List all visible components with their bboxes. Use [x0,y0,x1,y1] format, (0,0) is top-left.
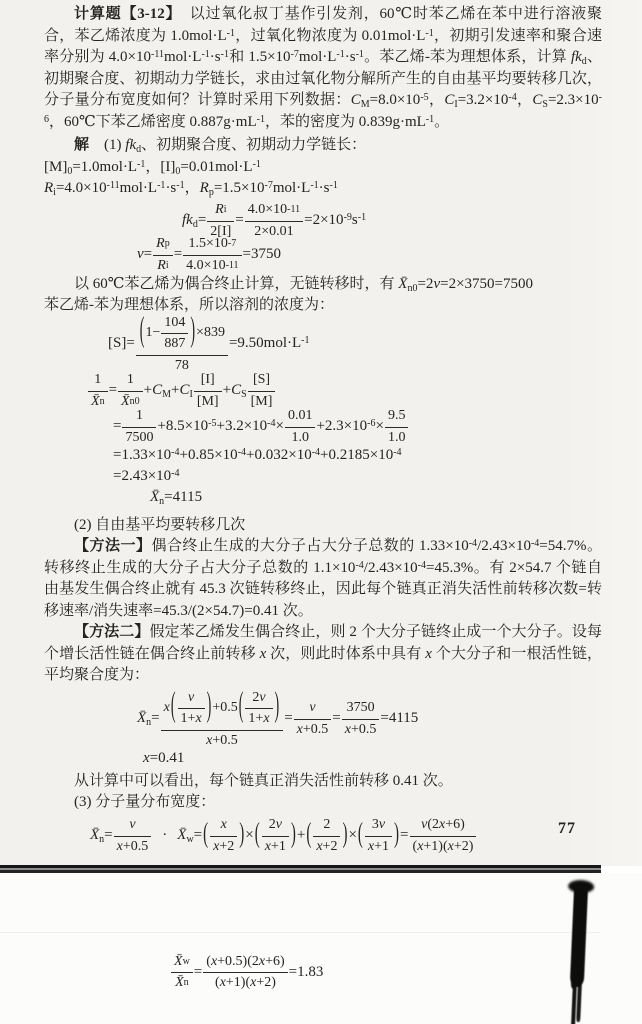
numerator: ν [294,699,332,719]
x-value: x=0.41 [143,751,184,766]
terms: =2.43×10-4 [113,469,180,484]
denominator: x+0.5 [342,720,380,738]
denominator: 2×0.01 [245,222,303,240]
left-paren: ( [357,821,364,850]
denominator: (x+1)(x+2) [203,973,287,991]
denominator: x+2 [313,837,340,855]
solvent-para: 苯乙烯-苯为理想体系，所以溶剂的浓度为： [44,295,602,317]
formula-method2: X̄n= x ( ν1+x ) +0.5 ( 2ν1+x ) x+0.5 = ν… [137,693,602,745]
coupling-para: 以 60℃苯乙烯为偶合终止计算，无链转移时，有 X̄n0=2ν=2×3750=7… [44,274,602,296]
numerator: X̄w [171,953,193,973]
fraction: νx+0.5 [114,816,152,854]
fraction: [S][M] [248,371,276,409]
fraction: 1X̄n [88,371,108,409]
terms: =1.33×10-4+0.85×10-4+0.032×10-4+0.2185×1… [113,448,402,463]
fraction: 9.51.0 [385,407,409,445]
numerator: Ri [207,201,234,221]
equals-sign: = [113,419,121,434]
denominator: 1.0 [385,428,409,446]
page-number: 77 [558,820,576,838]
denominator: x+2 [210,837,237,855]
denominator: x+1 [365,837,392,855]
right-paren: ) [290,821,297,850]
times-sign: × [348,828,356,843]
numerator: 3ν [365,816,392,836]
ratio-result: =1.83 [289,965,324,980]
fraction: 2x+2 [313,816,340,854]
right-paren: ) [206,688,213,728]
scanned-textbook-page: 计算题【3-12】 以过氧化叔丁基作引发剂，60℃时苯乙烯在苯中进行溶液聚合，苯… [0,0,642,866]
method2-paragraph: 【方法二】假定苯乙烯发生偶合终止，则 2 个大分子链终止成一个大分子。设每个增长… [44,622,602,687]
s-result: =9.50mol·L-1 [229,336,310,351]
method1-label: 【方法一】 [74,538,151,554]
x-value-line: x=0.41 [143,749,602,769]
fraction: 104887 [161,314,188,352]
equals-sign: = [174,247,182,262]
part1-title: (1) fkd、初期聚合度、初期动力学链长： [104,137,366,153]
denominator: 1.0 [285,428,316,446]
xn-lhs: X̄n= [90,828,113,843]
formula-xn-row1: 1X̄n = 1X̄n0 +CM+CI [I][M] +CS [S][M] [87,373,602,409]
left-paren: ( [139,313,146,353]
equals-sign: = [332,711,340,726]
page-content: 计算题【3-12】 以过氧化叔丁基作引发剂，60℃时苯乙烯在苯中进行溶液聚合，苯… [44,4,602,856]
fraction: x ( ν1+x ) +0.5 ( 2ν1+x ) x+0.5 [161,688,284,748]
fraction: νx+0.5 [294,699,332,737]
problem-text: 以过氧化叔丁基作引发剂，60℃时苯乙烯在苯中进行溶液聚合，苯乙烯浓度为 1.0m… [44,6,602,130]
denominator: 887 [161,334,188,352]
times-sign: × [245,828,253,843]
formula-polydispersity: X̄wX̄n = (x+0.5)(2x+6)(x+1)(x+2) =1.83 [170,953,323,991]
formula-nu: ν= RpRi = 1.5×10-74.0×10-11 =3750 [137,238,602,272]
numerator: 2ν [262,816,289,836]
numerator: 1.5×10-7 [183,235,241,255]
denominator: X̄n [171,973,193,991]
fraction: ν(2x+6)(x+1)(x+2) [410,816,477,854]
given-rates-line: Ri=4.0×10-11mol·L-1·s-1，Rp=1.5×10-7mol·L… [44,178,602,200]
right-paren: ) [238,821,245,850]
right-paren: ) [341,821,348,850]
fraction: X̄wX̄n [171,953,193,991]
fraction: 1.5×10-74.0×10-11 [183,235,241,273]
denominator: 1+x [178,709,205,727]
numerator: 1 [118,371,143,391]
fraction: 3750x+0.5 [342,699,380,737]
given-m0-line: [M]0=1.0mol·L-1，[I]0=0.01mol·L-1 [44,157,602,179]
numerator: x ( ν1+x ) +0.5 ( 2ν1+x ) [161,688,284,730]
fkd-lhs: fkd= [182,213,206,228]
formula-xn-row3: =1.33×10-4+0.85×10-4+0.032×10-4+0.2185×1… [113,445,602,466]
left-paren: ( [238,688,245,728]
part2-title: (2) 自由基平均要转移几次 [44,515,602,537]
fraction: ( 1− 104887 ) ×839 78 [136,313,228,373]
denominator: [M] [194,392,222,410]
right-paren: ) [189,313,196,353]
formula-xn-row2: = 17500 +8.5×10-5+3.2×10-4× 0.011.0 +2.3… [113,409,602,445]
fraction: 0.011.0 [285,407,316,445]
denominator: x+1 [262,837,289,855]
fraction: 1X̄n0 [118,371,143,409]
numerator: 1 [122,407,156,427]
ink-smudge-artifact [570,883,589,988]
fraction: 17500 [122,407,156,445]
formula-xn-result: X̄n=4115 [150,487,602,509]
numerator: 3750 [342,699,380,719]
nu-result: =3750 [243,247,281,262]
fraction: xx+2 [210,816,237,854]
numerator: 9.5 [385,407,409,427]
denominator: 1+x [245,709,272,727]
equals-sign: = [109,383,117,398]
page-break-rule [0,865,601,873]
numerator: ν [114,816,152,836]
fraction: 3νx+1 [365,816,392,854]
numerator: x [210,816,237,836]
xn-lhs: X̄n= [137,711,160,726]
conclusion-line: 从计算中可以看出，每个链真正消失活性前转移 0.41 次。 [44,771,602,793]
formula-fkd: fkd= Ri2[I] = 4.0×10-112×0.01 =2×10-9s-1 [182,204,602,238]
numerator: [S] [248,371,276,391]
numerator: 1 [88,371,108,391]
right-paren: ) [274,688,281,728]
numerator: [I] [194,371,222,391]
equals-sign: = [400,828,408,843]
numerator: Rp [153,235,173,255]
numerator: ν(2x+6) [410,816,477,836]
equals-sign: = [284,711,292,726]
numerator: (x+0.5)(2x+6) [203,953,287,973]
equals-sign: = [235,213,243,228]
num-text: ×839 [196,325,225,341]
xn-value: X̄n=4115 [150,490,202,505]
denominator: x+0.5 [294,720,332,738]
method2-label: 【方法二】 [74,624,149,640]
num-text: +0.5 [212,700,237,716]
scan-edge-line [0,932,600,933]
left-paren: ( [202,821,209,850]
terms: +CS [223,383,247,398]
part3-title: (3) 分子量分布宽度： [44,792,602,814]
fraction: 2νx+1 [262,816,289,854]
separator-dot: · [152,828,177,843]
s-lhs: [S]= [108,336,135,351]
numerator: 2ν [245,689,272,709]
fraction: Ri2[I] [207,201,234,239]
xw-lhs: X̄w= [177,828,202,843]
formula-xn-row4: =2.43×10-4 [113,466,602,487]
denominator: 4.0×10-11 [183,256,241,274]
terms: +2.3×10-6× [316,419,383,434]
fraction: ν1+x [178,689,205,727]
terms: +8.5×10-5+3.2×10-4× [157,419,284,434]
right-paren: ) [393,821,400,850]
method2-result: =4115 [380,711,418,726]
problem-label: 计算题【3-12】 [74,6,174,22]
fraction: RpRi [153,235,173,273]
fraction: (x+0.5)(2x+6)(x+1)(x+2) [203,953,287,991]
numerator: 0.01 [285,407,316,427]
fkd-result: =2×10-9s-1 [304,213,366,228]
num-text: 1− [145,325,160,341]
numerator: ν [178,689,205,709]
jie-label: 解 [74,137,89,153]
equals-sign: = [194,965,202,980]
left-paren: ( [170,688,177,728]
numerator: ( 1− 104887 ) ×839 [136,313,228,355]
denominator: X̄n [88,392,108,410]
solution-heading: 解 (1) fkd、初期聚合度、初期动力学链长： [44,135,602,157]
formula-solvent-conc: [S]= ( 1− 104887 ) ×839 78 =9.50mol·L-1 [108,319,602,369]
fraction: 4.0×10-112×0.01 [245,201,303,239]
numerator: 2 [313,816,340,836]
denominator: [M] [248,392,276,410]
plus-sign: + [297,828,305,843]
denominator: (x+1)(x+2) [410,837,477,855]
denominator: x+0.5 [161,731,284,749]
formula-distribution: X̄n= νx+0.5 · X̄w= ( xx+2 ) × ( 2νx+1 ) … [90,816,602,856]
denominator: x+0.5 [114,837,152,855]
nu-lhs: ν= [137,247,152,262]
method1-paragraph: 【方法一】偶合终止生成的大分子占大分子总数的 1.33×10-4/2.43×10… [44,536,602,622]
denominator: 7500 [122,428,156,446]
next-page-fragment: X̄wX̄n = (x+0.5)(2x+6)(x+1)(x+2) =1.83 [0,873,642,1024]
numerator: 104 [161,314,188,334]
numerator: 4.0×10-11 [245,201,303,221]
problem-paragraph: 计算题【3-12】 以过氧化叔丁基作引发剂，60℃时苯乙烯在苯中进行溶液聚合，苯… [44,4,602,133]
denominator: Ri [153,256,173,274]
terms: +CM+CI [144,383,193,398]
left-paren: ( [305,821,312,850]
left-paren: ( [254,821,261,850]
fraction: [I][M] [194,371,222,409]
fraction: 2ν1+x [245,689,272,727]
